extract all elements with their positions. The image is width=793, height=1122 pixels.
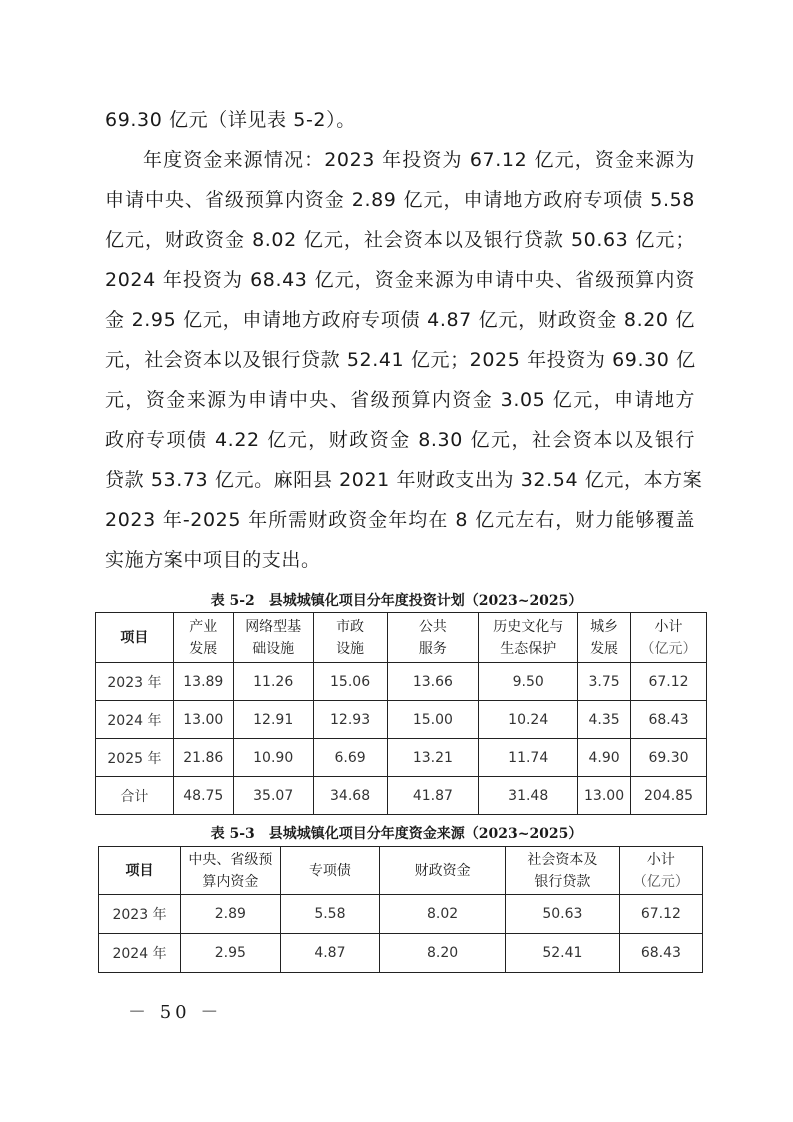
header-network-infra: 网络型基础设施 xyxy=(233,613,313,663)
header-heritage-eco: 历史文化与生态保护 xyxy=(479,613,578,663)
cell: 13.21 xyxy=(387,739,479,777)
text-line: 政府专项债 4.22 亿元，财政资金 8.30 亿元，社会资本以及银行 xyxy=(105,420,695,460)
cell: 9.50 xyxy=(479,663,578,701)
cell: 67.12 xyxy=(631,663,707,701)
text-line: 元，资金来源为申请中央、省级预算内资金 3.05 亿元，申请地方 xyxy=(105,380,695,420)
cell: 50.63 xyxy=(506,895,620,934)
cell: 13.00 xyxy=(578,777,631,815)
funding-sources-table: 项目 中央、省级预算内资金 专项债 财政资金 社会资本及银行贷款 小计（亿元） … xyxy=(98,846,703,973)
cell: 204.85 xyxy=(631,777,707,815)
table-header-row: 项目 产业发展 网络型基础设施 市政设施 公共服务 历史文化与生态保护 城乡发展… xyxy=(96,613,707,663)
cell: 8.20 xyxy=(380,934,506,973)
cell: 2.95 xyxy=(181,934,281,973)
cell: 31.48 xyxy=(479,777,578,815)
cell: 2024 年 xyxy=(99,934,181,973)
table-5-2-caption: 表 5-2 县城城镇化项目分年度投资计划（2023~2025） xyxy=(0,590,793,610)
header-special-bonds: 专项债 xyxy=(280,847,380,895)
cell: 5.58 xyxy=(280,895,380,934)
cell: 67.12 xyxy=(619,895,702,934)
cell: 2.89 xyxy=(181,895,281,934)
cell: 15.06 xyxy=(313,663,387,701)
text-line: 金 2.95 亿元，申请地方政府专项债 4.87 亿元，财政资金 8.20 亿 xyxy=(105,300,695,340)
body-paragraph: 69.30 亿元（详见表 5-2）。 年度资金来源情况：2023 年投资为 67… xyxy=(105,100,695,580)
text-line: 2023 年-2025 年所需财政资金年均在 8 亿元左右，财力能够覆盖 xyxy=(105,500,695,540)
cell: 52.41 xyxy=(506,934,620,973)
cell: 11.26 xyxy=(233,663,313,701)
header-subtotal: 小计（亿元） xyxy=(631,613,707,663)
text-line: 亿元，财政资金 8.02 亿元，社会资本以及银行贷款 50.63 亿元； xyxy=(105,220,695,260)
cell: 13.89 xyxy=(173,663,233,701)
table-header-row: 项目 中央、省级预算内资金 专项债 财政资金 社会资本及银行贷款 小计（亿元） xyxy=(99,847,703,895)
header-subtotal: 小计（亿元） xyxy=(619,847,702,895)
cell: 4.35 xyxy=(578,701,631,739)
cell: 3.75 xyxy=(578,663,631,701)
cell: 10.90 xyxy=(233,739,313,777)
table-row: 2024 年 13.00 12.91 12.93 15.00 10.24 4.3… xyxy=(96,701,707,739)
cell: 21.86 xyxy=(173,739,233,777)
text-line: 实施方案中项目的支出。 xyxy=(105,540,695,580)
text-line: 元，社会资本以及银行贷款 52.41 亿元；2025 年投资为 69.30 亿 xyxy=(105,340,695,380)
text-line: 年度资金来源情况：2023 年投资为 67.12 亿元，资金来源为 xyxy=(105,140,695,180)
cell: 35.07 xyxy=(233,777,313,815)
text-line: 69.30 亿元（详见表 5-2）。 xyxy=(105,100,695,140)
text-line: 申请中央、省级预算内资金 2.89 亿元，申请地方政府专项债 5.58 xyxy=(105,180,695,220)
cell: 2024 年 xyxy=(96,701,174,739)
cell: 4.87 xyxy=(280,934,380,973)
header-industry: 产业发展 xyxy=(173,613,233,663)
cell: 48.75 xyxy=(173,777,233,815)
cell: 8.02 xyxy=(380,895,506,934)
text-line: 贷款 53.73 亿元。麻阳县 2021 年财政支出为 32.54 亿元，本方案 xyxy=(105,460,695,500)
header-item: 项目 xyxy=(99,847,181,895)
header-central-provincial: 中央、省级预算内资金 xyxy=(181,847,281,895)
cell: 69.30 xyxy=(631,739,707,777)
cell: 10.24 xyxy=(479,701,578,739)
header-municipal: 市政设施 xyxy=(313,613,387,663)
cell: 13.00 xyxy=(173,701,233,739)
header-fiscal-funds: 财政资金 xyxy=(380,847,506,895)
cell: 13.66 xyxy=(387,663,479,701)
table-total-row: 合计 48.75 35.07 34.68 41.87 31.48 13.00 2… xyxy=(96,777,707,815)
table-row: 2025 年 21.86 10.90 6.69 13.21 11.74 4.90… xyxy=(96,739,707,777)
cell: 2023 年 xyxy=(99,895,181,934)
cell: 合计 xyxy=(96,777,174,815)
header-public-service: 公共服务 xyxy=(387,613,479,663)
text-line: 2024 年投资为 68.43 亿元，资金来源为申请中央、省级预算内资 xyxy=(105,260,695,300)
header-social-capital: 社会资本及银行贷款 xyxy=(506,847,620,895)
cell: 11.74 xyxy=(479,739,578,777)
cell: 4.90 xyxy=(578,739,631,777)
cell: 2023 年 xyxy=(96,663,174,701)
cell: 68.43 xyxy=(631,701,707,739)
cell: 12.93 xyxy=(313,701,387,739)
investment-plan-table: 项目 产业发展 网络型基础设施 市政设施 公共服务 历史文化与生态保护 城乡发展… xyxy=(95,612,707,815)
cell: 15.00 xyxy=(387,701,479,739)
cell: 6.69 xyxy=(313,739,387,777)
cell: 12.91 xyxy=(233,701,313,739)
table-row: 2023 年 2.89 5.58 8.02 50.63 67.12 xyxy=(99,895,703,934)
cell: 2025 年 xyxy=(96,739,174,777)
table-row: 2023 年 13.89 11.26 15.06 13.66 9.50 3.75… xyxy=(96,663,707,701)
header-item: 项目 xyxy=(96,613,174,663)
page-number: － 50 － xyxy=(128,998,222,1024)
header-urban-rural: 城乡发展 xyxy=(578,613,631,663)
table-5-3-caption: 表 5-3 县城城镇化项目分年度资金来源（2023~2025） xyxy=(0,823,793,843)
cell: 68.43 xyxy=(619,934,702,973)
table-row: 2024 年 2.95 4.87 8.20 52.41 68.43 xyxy=(99,934,703,973)
cell: 34.68 xyxy=(313,777,387,815)
cell: 41.87 xyxy=(387,777,479,815)
